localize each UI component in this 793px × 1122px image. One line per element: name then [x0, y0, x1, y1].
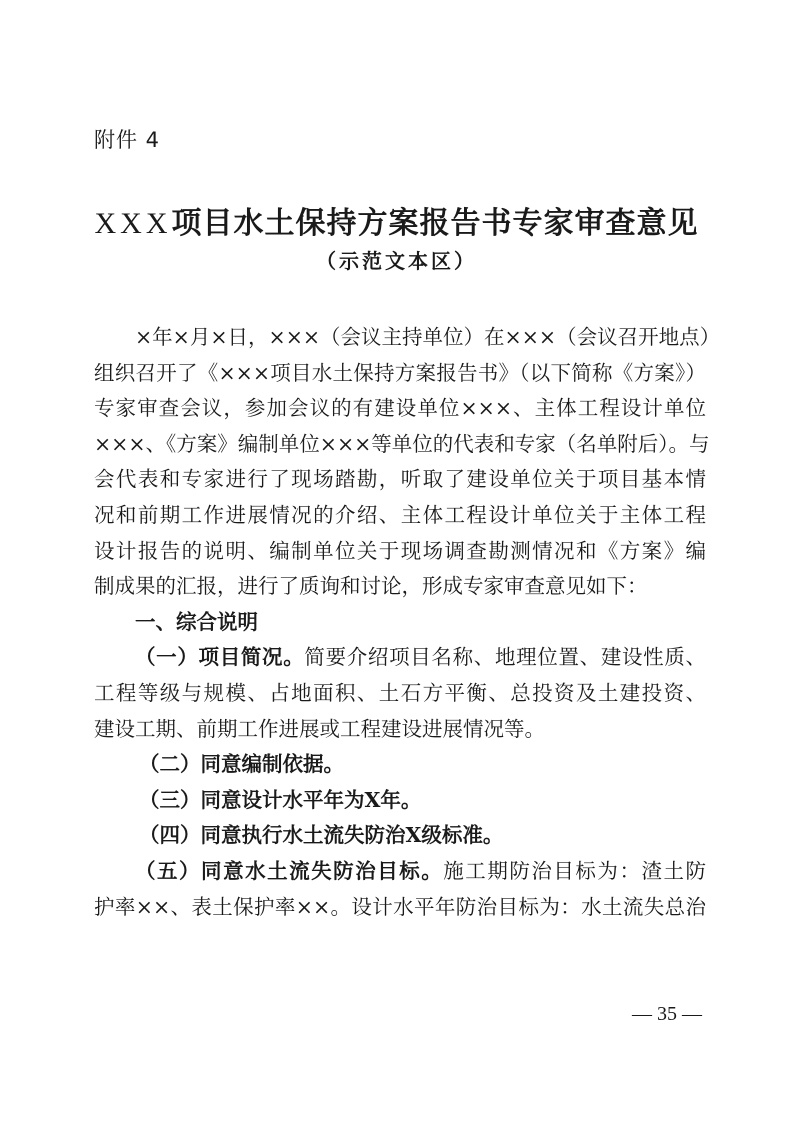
intro-line: 会代表和专家进行了现场踏勘，听取了建设单位关于项目基本情 [94, 462, 706, 498]
intro-line: 况和前期工作进展情况的介绍、主体工程设计单位关于主体工程 [94, 498, 706, 534]
document-page: 附件 4 XXX项目水土保持方案报告书专家审查意见 （示范文本区） ×年×月×日… [0, 0, 793, 1122]
item-1-line: 工程等级与规模、占地面积、土石方平衡、总投资及土建投资、 [94, 676, 706, 712]
intro-line: 专家审查会议，参加会议的有建设单位×××、主体工程设计单位 [94, 391, 706, 427]
title-main: 项目水土保持方案报告书专家审查意见 [172, 206, 699, 241]
document-title: XXX项目水土保持方案报告书专家审查意见 [0, 198, 793, 242]
section-heading: 一、综合说明 [94, 605, 706, 641]
item-2: （二）同意编制依据。 [94, 747, 706, 783]
intro-line: 设计报告的说明、编制单位关于现场调查勘测情况和《方案》编 [94, 534, 706, 570]
intro-line: 组织召开了《×××项目水土保持方案报告书》（以下简称《方案》） [94, 356, 706, 392]
intro-line: ×年×月×日，×××（会议主持单位）在×××（会议召开地点） [94, 320, 706, 356]
item-3: （三）同意设计水平年为X年。 [94, 783, 706, 819]
item-5-line: 护率××、表土保护率××。设计水平年防治目标为：水土流失总治 [94, 890, 706, 926]
item-5-line: （五）同意水土流失防治目标。施工期防治目标为：渣土防 [94, 854, 706, 890]
item-5-label: （五）同意水土流失防治目标。 [135, 859, 443, 883]
item-1-line: （一）项目简况。简要介绍项目名称、地理位置、建设性质、 [94, 640, 706, 676]
document-body: ×年×月×日，×××（会议主持单位）在×××（会议召开地点） 组织召开了《×××… [94, 320, 706, 925]
intro-line: 制成果的汇报，进行了质询和讨论，形成专家审查意见如下： [94, 569, 706, 605]
item-4: （四）同意执行水土流失防治X级标准。 [94, 818, 706, 854]
page-number: — 35 — [632, 1003, 702, 1026]
item-1-line: 建设工期、前期工作进展或工程建设进展情况等。 [94, 712, 706, 748]
item-5-text: 施工期防治目标为：渣土防 [443, 859, 706, 883]
document-subtitle: （示范文本区） [0, 245, 793, 274]
attachment-label: 附件 4 [94, 124, 160, 154]
item-1-text: 简要介绍项目名称、地理位置、建设性质、 [304, 645, 706, 669]
intro-line: ×××、《方案》编制单位×××等单位的代表和专家（名单附后）。与 [94, 427, 706, 463]
item-1-label: （一）项目简况。 [135, 645, 304, 669]
title-prefix: XXX [95, 207, 172, 240]
